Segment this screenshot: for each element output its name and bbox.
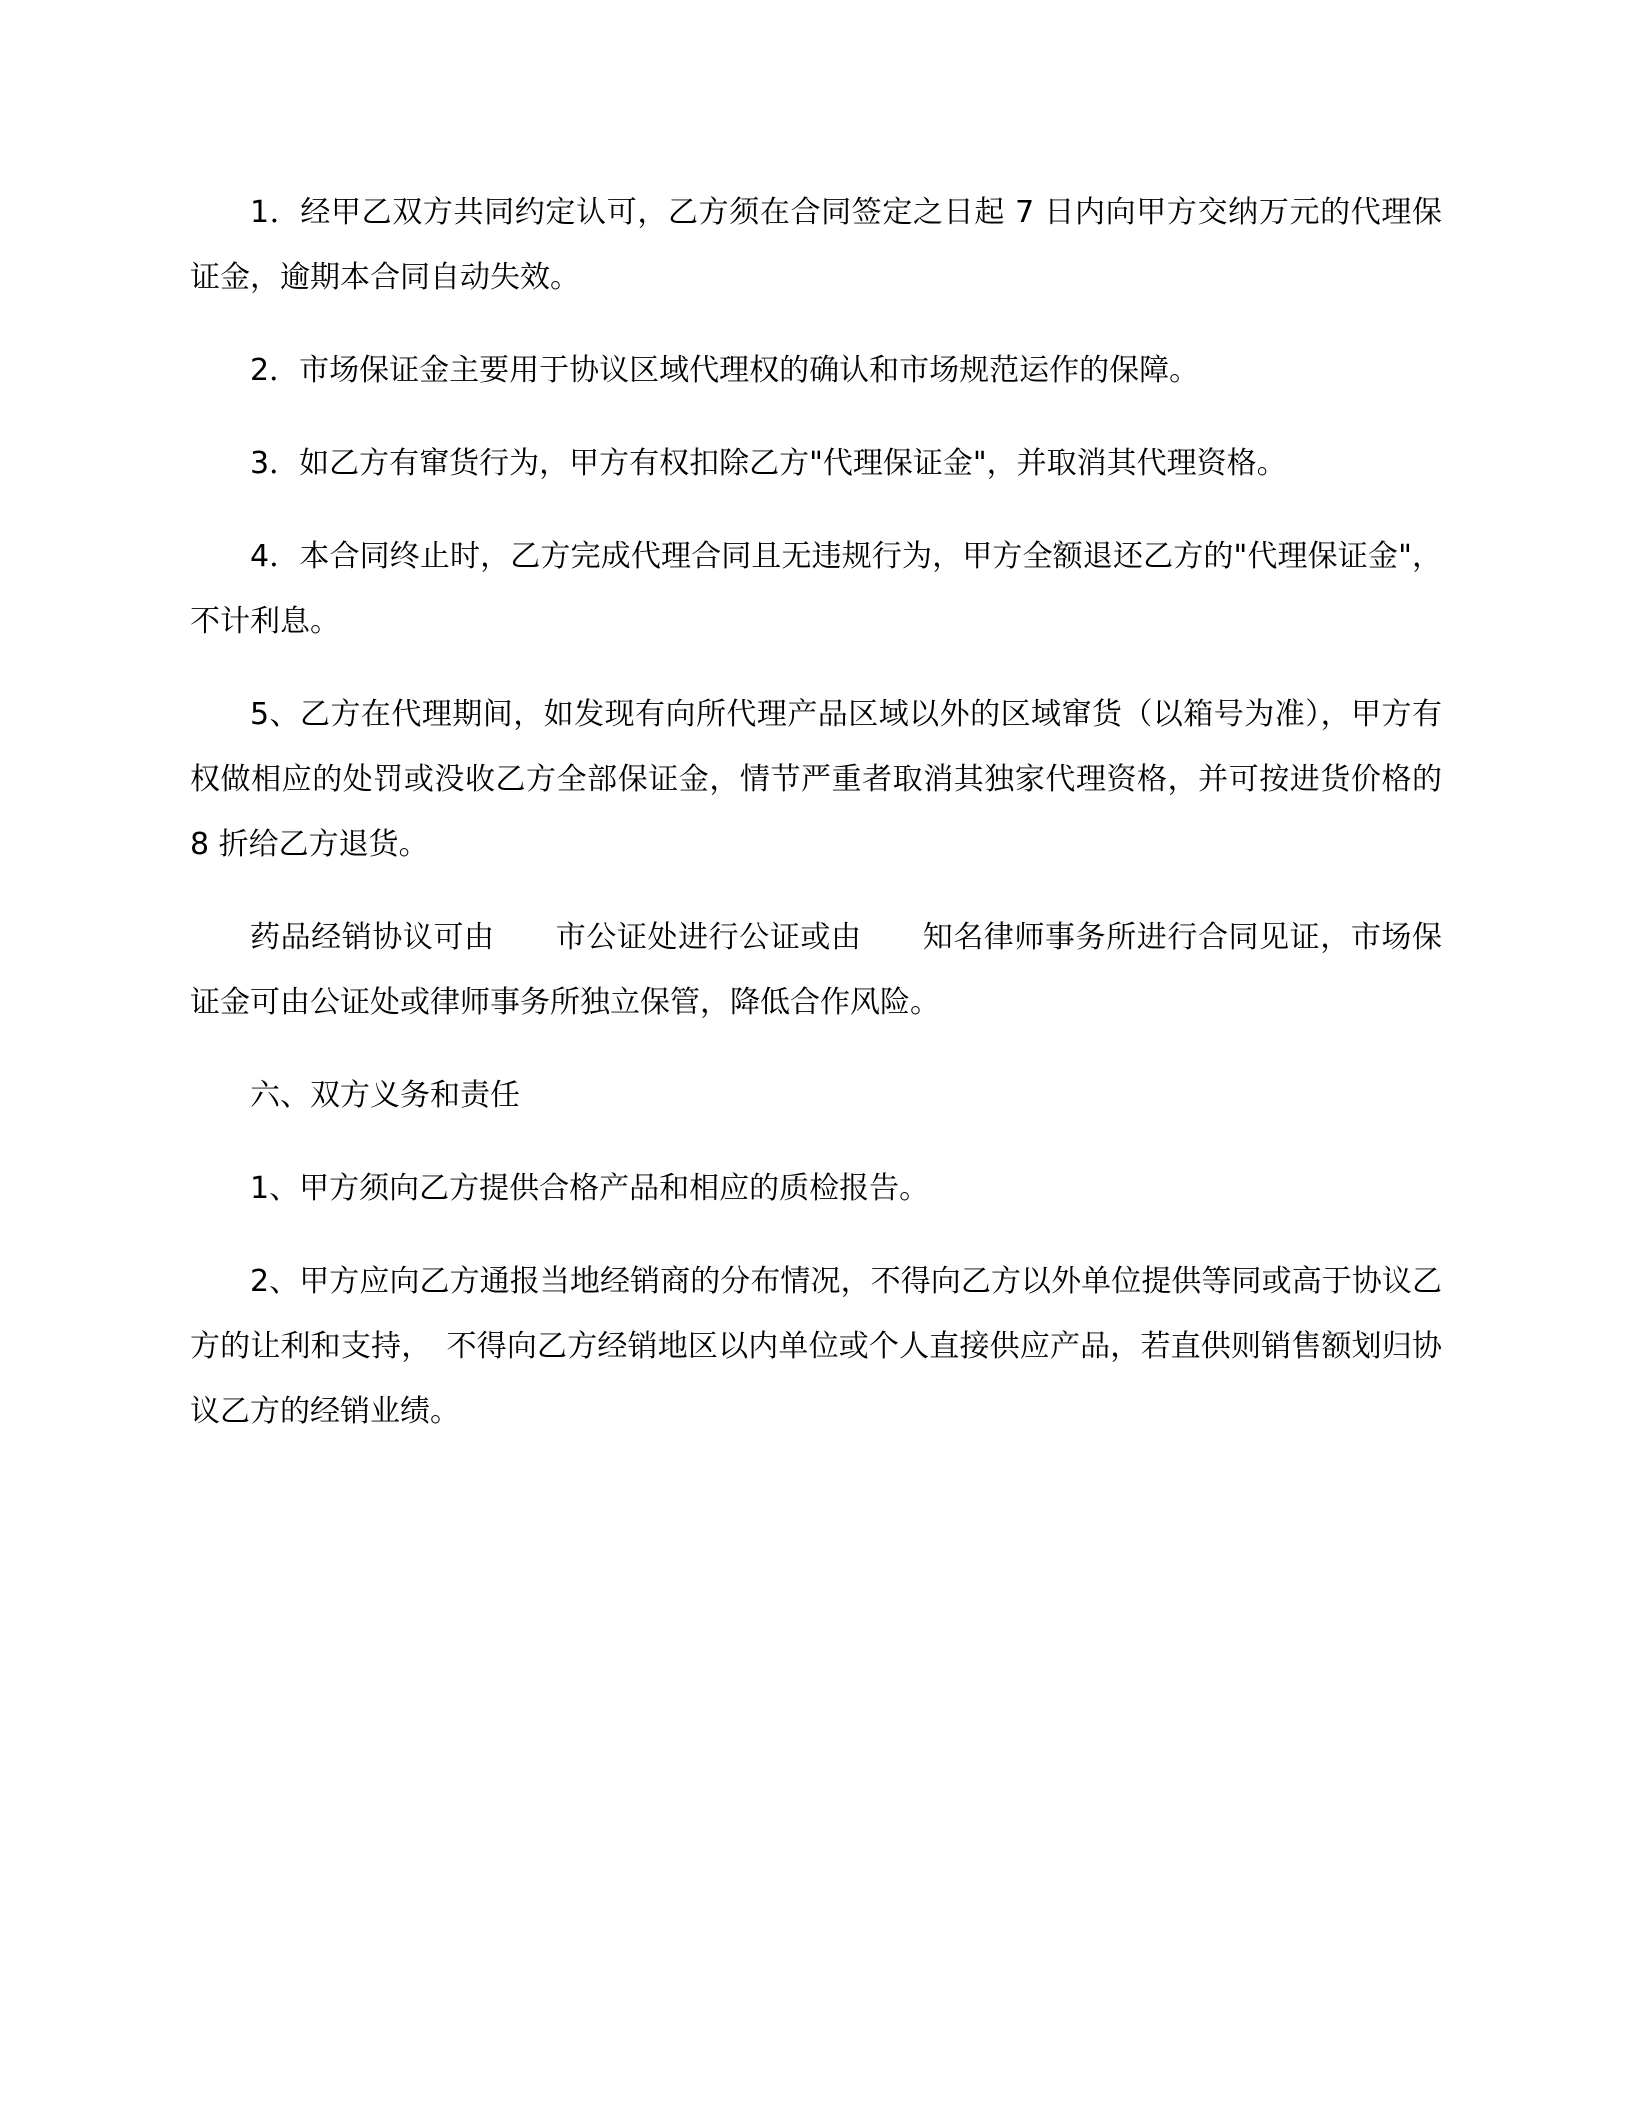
- section-heading-obligations: 六、双方义务和责任: [190, 1063, 1442, 1128]
- paragraph-obligation-2: 2、甲方应向乙方通报当地经销商的分布情况，不得向乙方以外单位提供等同或高于协议乙…: [190, 1249, 1442, 1444]
- paragraph-clause-4-refund: 4．本合同终止时，乙方完成代理合同且无违规行为，甲方全额退还乙方的"代理保证金"…: [190, 524, 1442, 654]
- paragraph-clause-3-deduction: 3．如乙方有窜货行为，甲方有权扣除乙方"代理保证金"，并取消其代理资格。: [190, 431, 1442, 496]
- paragraph-clause-2-purpose: 2．市场保证金主要用于协议区域代理权的确认和市场规范运作的保障。: [190, 338, 1442, 403]
- paragraph-clause-5-cross-territory: 5、乙方在代理期间，如发现有向所代理产品区域以外的区域窜货（以箱号为准），甲方有…: [190, 682, 1442, 877]
- paragraph-notarization: 药品经销协议可由 市公证处进行公证或由 知名律师事务所进行合同见证，市场保证金可…: [190, 905, 1442, 1035]
- paragraph-obligation-1: 1、甲方须向乙方提供合格产品和相应的质检报告。: [190, 1156, 1442, 1221]
- document-page: 1．经甲乙双方共同约定认可，乙方须在合同签定之日起 7 日内向甲方交纳万元的代理…: [0, 0, 1632, 2112]
- document-body: 1．经甲乙双方共同约定认可，乙方须在合同签定之日起 7 日内向甲方交纳万元的代理…: [190, 180, 1442, 1444]
- paragraph-clause-1-deposit: 1．经甲乙双方共同约定认可，乙方须在合同签定之日起 7 日内向甲方交纳万元的代理…: [190, 180, 1442, 310]
